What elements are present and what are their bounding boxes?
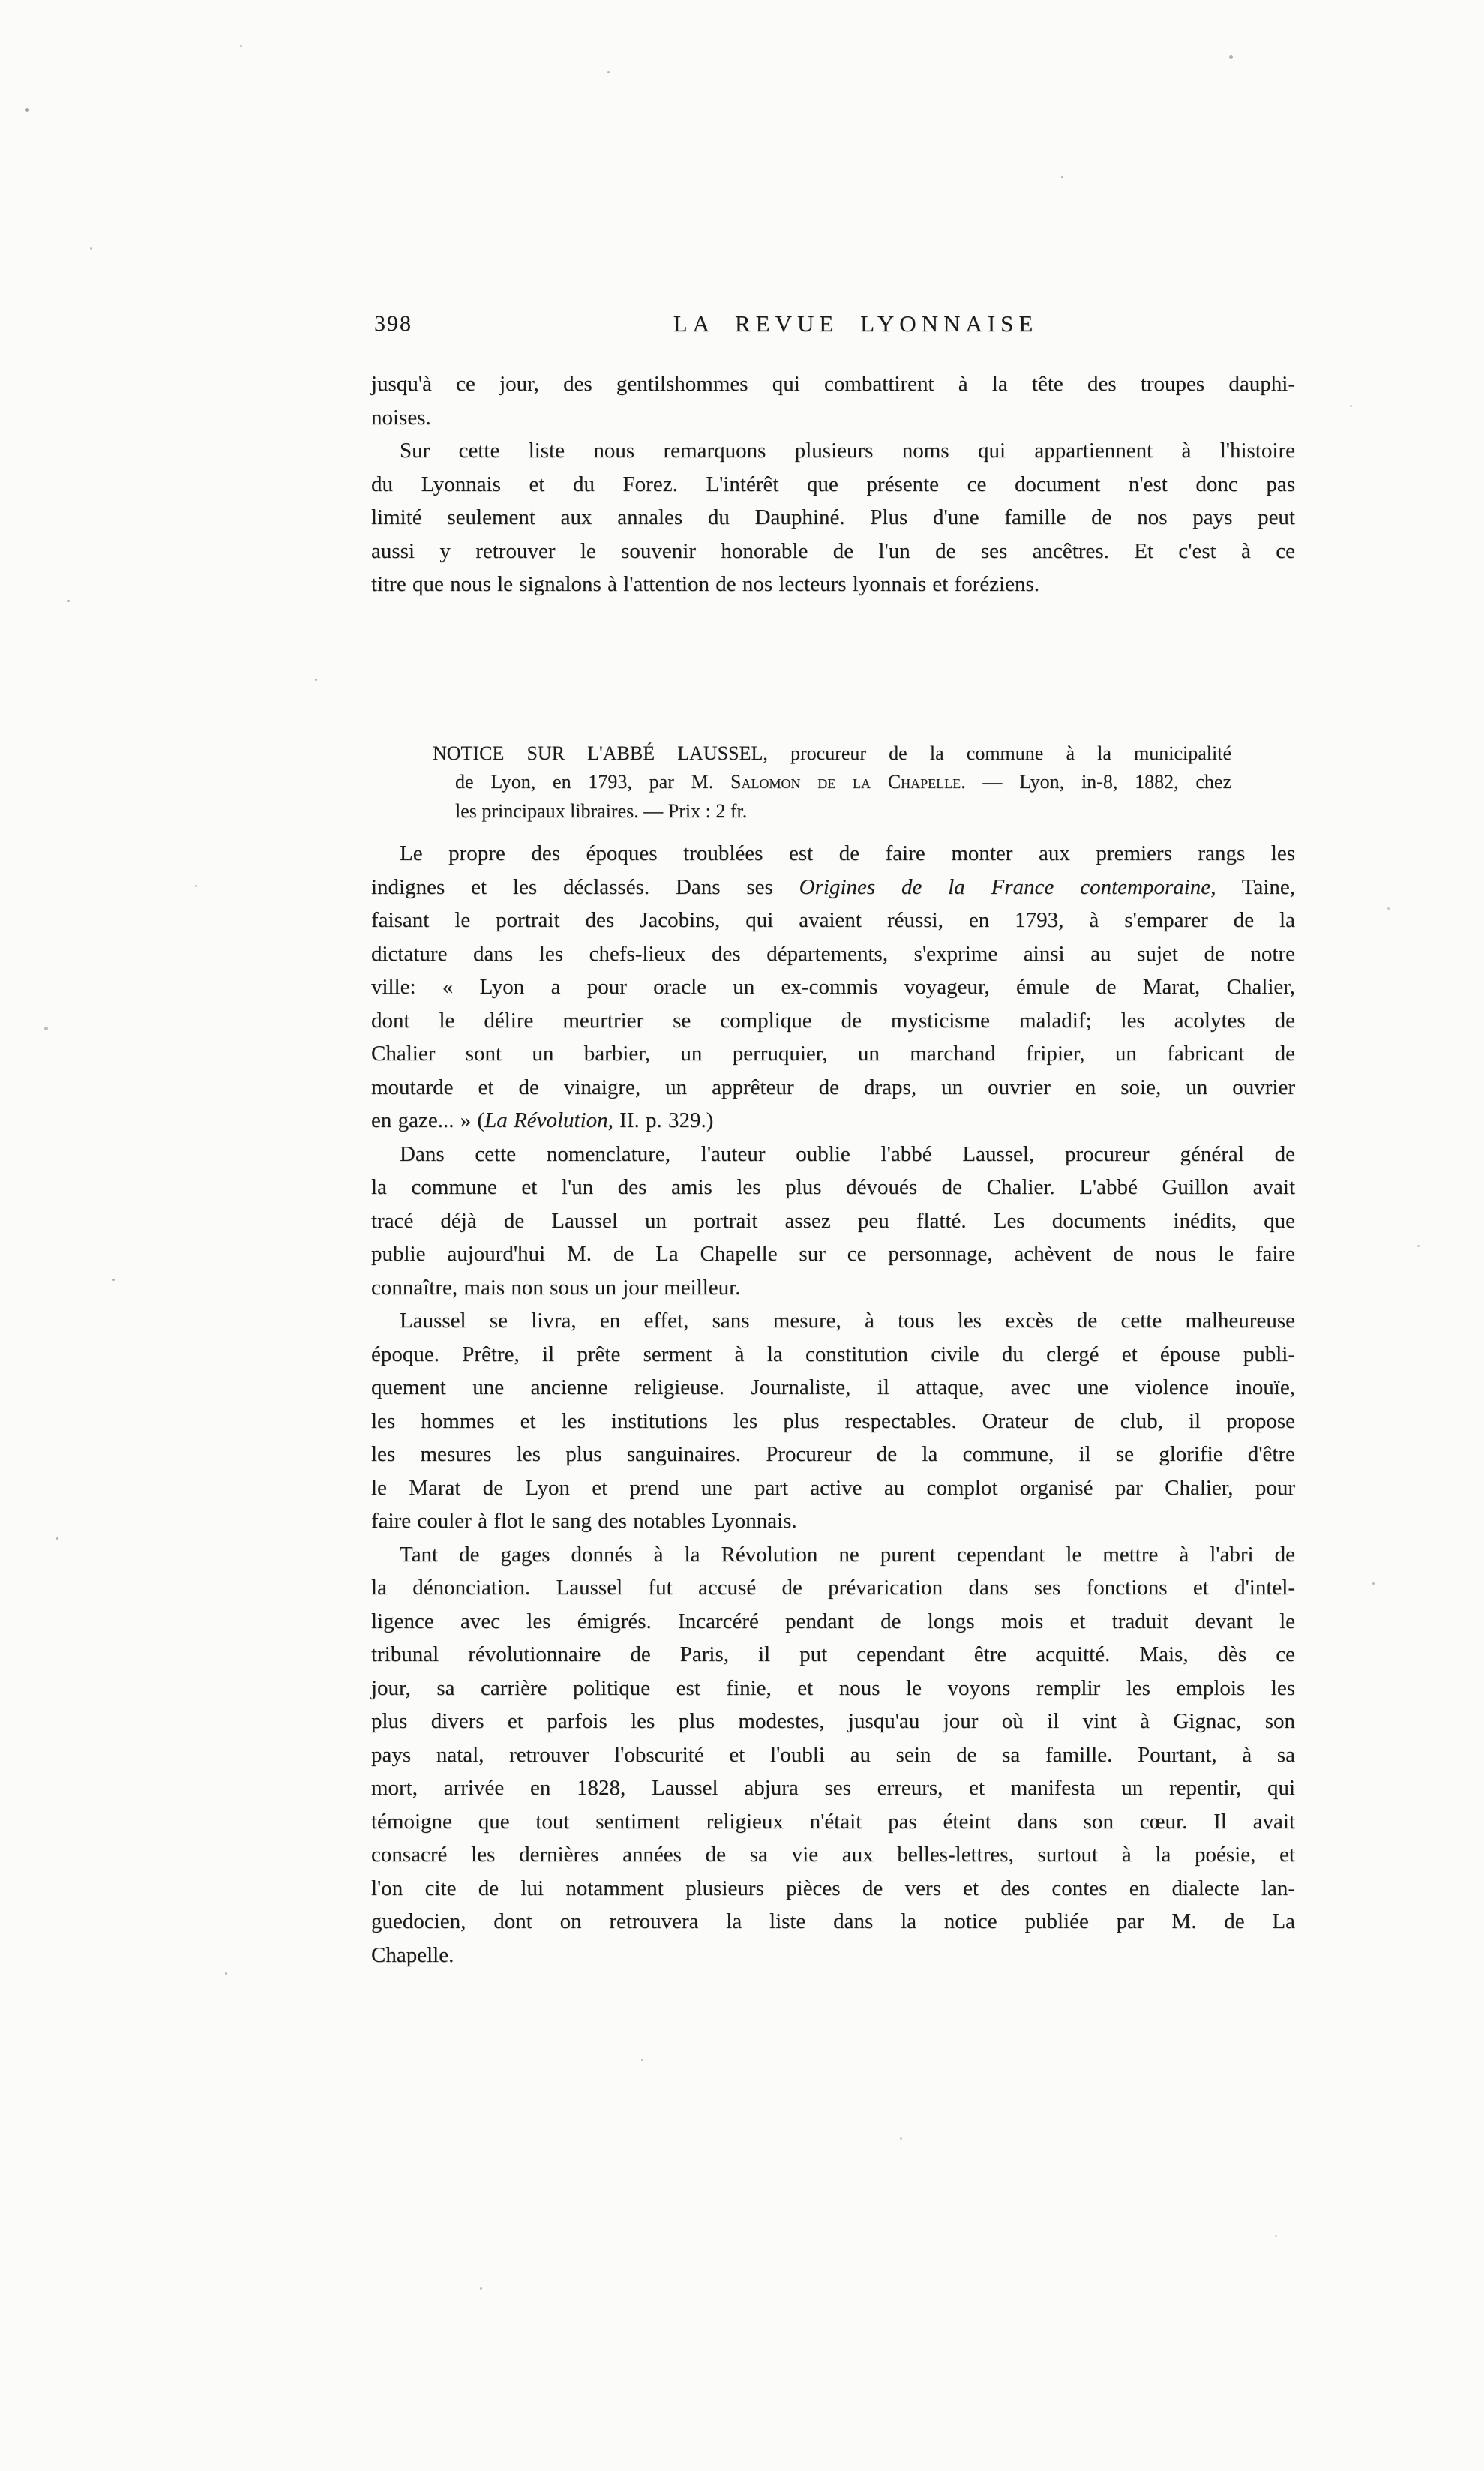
text-run: en gaze... » ( — [371, 1108, 484, 1132]
text-run: , II. p. 329.) — [608, 1108, 714, 1132]
text-line: époque. Prêtre, il prête serment à la co… — [371, 1338, 1295, 1372]
text-line: jour, sa carrière politique est finie, e… — [371, 1672, 1295, 1705]
text-line: quement une ancienne religieuse. Journal… — [371, 1371, 1295, 1405]
text-line: en gaze... » (La Révolution, II. p. 329.… — [371, 1104, 1295, 1138]
text-run: indignes et les déclassés. Dans ses — [371, 875, 799, 899]
text-line: tribunal révolutionnaire de Paris, il pu… — [371, 1638, 1295, 1672]
running-header: 398 LA REVUE LYONNAISE — [371, 307, 1295, 340]
text-line: Tant de gages donnés à la Révolution ne … — [371, 1538, 1295, 1572]
text-line: Dans cette nomenclature, l'auteur oublie… — [371, 1138, 1295, 1171]
text-line: l'on cite de lui notamment plusieurs piè… — [371, 1872, 1295, 1906]
notice-line: les principaux libraires. — Prix : 2 fr. — [433, 797, 1231, 826]
text-line: aussi y retrouver le souvenir honorable … — [371, 535, 1295, 568]
text-line: Chapelle. — [371, 1939, 1295, 1972]
text-line: Sur cette liste nous remarquons plusieur… — [371, 434, 1295, 468]
text-line: mort, arrivée en 1828, Laussel abjura se… — [371, 1771, 1295, 1805]
journal-title: LA REVUE LYONNAISE — [673, 307, 1039, 340]
text-line: faisant le portrait des Jacobins, qui av… — [371, 904, 1295, 937]
text-line: moutarde et de vinaigre, un apprêteur de… — [371, 1071, 1295, 1105]
text-block: 398 LA REVUE LYONNAISE jusqu'à ce jour, … — [371, 307, 1295, 1972]
notice-text: . — Lyon, in-8, 1882, chez — [961, 771, 1231, 793]
author-name: Salomon de la Chapelle — [730, 771, 961, 793]
text-line: Laussel se livra, en effet, sans mesure,… — [371, 1304, 1295, 1338]
text-line: la dénonciation. Laussel fut accusé de p… — [371, 1571, 1295, 1605]
notice-line: NOTICE SUR L'ABBÉ LAUSSEL, procureur de … — [433, 739, 1231, 769]
scanned-page: 398 LA REVUE LYONNAISE jusqu'à ce jour, … — [0, 0, 1484, 2471]
text-line: publie aujourd'hui M. de La Chapelle sur… — [371, 1237, 1295, 1271]
notice-heading: NOTICE SUR L'ABBÉ LAUSSEL, procureur de … — [433, 739, 1231, 826]
article-body: Le propre des époques troublées est de f… — [371, 837, 1295, 1972]
text-line: consacré les dernières années de sa vie … — [371, 1838, 1295, 1872]
text-line: ville: « Lyon a pour oracle un ex-commis… — [371, 970, 1295, 1004]
text-line: dictature dans les chefs-lieux des dépar… — [371, 937, 1295, 971]
book-title-italic: La Révolution — [484, 1108, 608, 1132]
text-line: noises. — [371, 401, 1295, 435]
text-line: la commune et l'un des amis les plus dév… — [371, 1171, 1295, 1204]
text-line: Chalier sont un barbier, un perruquier, … — [371, 1037, 1295, 1071]
page-number: 398 — [374, 307, 412, 340]
scan-speckles — [0, 0, 2, 2]
book-title-italic: Origines de la France contemporaine — [799, 875, 1211, 899]
paragraph-article-2: Dans cette nomenclature, l'auteur oublie… — [371, 1138, 1295, 1305]
paragraph-intro-2: Sur cette liste nous remarquons plusieur… — [371, 434, 1295, 601]
text-line: titre que nous le signalons à l'attentio… — [371, 568, 1295, 601]
text-line: faire couler à flot le sang des notables… — [371, 1504, 1295, 1538]
text-line: connaître, mais non sous un jour meilleu… — [371, 1271, 1295, 1305]
text-line: pays natal, retrouver l'obscurité et l'o… — [371, 1738, 1295, 1772]
text-line: dont le délire meurtrier se complique de… — [371, 1004, 1295, 1038]
intro-section: jusqu'à ce jour, des gentilshommes qui c… — [371, 367, 1295, 601]
text-line: indignes et les déclassés. Dans ses Orig… — [371, 871, 1295, 904]
text-line: du Lyonnais et du Forez. L'intérêt que p… — [371, 468, 1295, 502]
text-line: limité seulement aux annales du Dauphiné… — [371, 501, 1295, 535]
paragraph-article-4: Tant de gages donnés à la Révolution ne … — [371, 1538, 1295, 1972]
text-line: témoigne que tout sentiment religieux n'… — [371, 1805, 1295, 1839]
text-line: tracé déjà de Laussel un portrait assez … — [371, 1204, 1295, 1238]
text-line: les hommes et les institutions les plus … — [371, 1405, 1295, 1438]
paragraph-article-3: Laussel se livra, en effet, sans mesure,… — [371, 1304, 1295, 1538]
text-line: Le propre des époques troublées est de f… — [371, 837, 1295, 871]
notice-text: de Lyon, en 1793, par M. — [455, 771, 730, 793]
notice-line: de Lyon, en 1793, par M. Salomon de la C… — [433, 768, 1231, 797]
text-line: le Marat de Lyon et prend une part activ… — [371, 1471, 1295, 1505]
paragraph-intro-1: jusqu'à ce jour, des gentilshommes qui c… — [371, 367, 1295, 434]
text-run: , Taine, — [1210, 875, 1295, 899]
text-line: ligence avec les émigrés. Incarcéré pend… — [371, 1605, 1295, 1639]
text-line: les mesures les plus sanguinaires. Procu… — [371, 1438, 1295, 1471]
paragraph-article-1: Le propre des époques troublées est de f… — [371, 837, 1295, 1138]
text-line: plus divers et parfois les plus modestes… — [371, 1705, 1295, 1738]
text-line: jusqu'à ce jour, des gentilshommes qui c… — [371, 367, 1295, 401]
text-line: guedocien, dont on retrouvera la liste d… — [371, 1905, 1295, 1939]
